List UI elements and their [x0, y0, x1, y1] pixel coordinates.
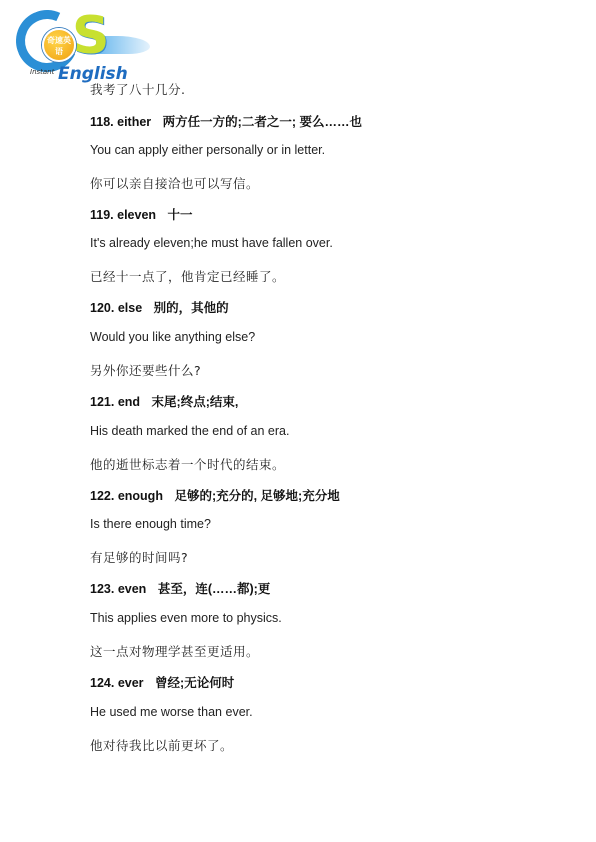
example-chinese: 你可以亲自接洽也可以写信。 [90, 174, 259, 192]
example-chinese: 他的逝世标志着一个时代的结束。 [90, 455, 285, 473]
example-english: You can apply either personally or in le… [90, 143, 325, 157]
logo-badge: 奇速英语 [42, 28, 76, 62]
example-chinese: 他对待我比以前更坏了。 [90, 736, 233, 754]
logo-small-text: Instant [30, 68, 54, 76]
entry-heading: 119. eleven 十一 [90, 205, 193, 223]
entry-word: enough [118, 489, 163, 503]
entry-word: end [118, 395, 140, 409]
entry-meaning: 甚至，连(……都);更 [158, 582, 271, 596]
example-chinese: 另外你还要些什么? [90, 361, 201, 379]
logo-letter: S [72, 10, 109, 62]
entry-meaning: 十一 [168, 208, 193, 222]
example-chinese: 这一点对物理学甚至更适用。 [90, 642, 259, 660]
entry-number: 118. [90, 115, 114, 129]
entry-word: ever [118, 676, 144, 690]
example-english: He used me worse than ever. [90, 705, 253, 719]
entry-heading: 122. enough 足够的;充分的, 足够地;充分地 [90, 486, 340, 504]
entry-word: either [117, 115, 151, 129]
example-english: It's already eleven;he must have fallen … [90, 236, 333, 250]
entry-heading: 124. ever 曾经;无论何时 [90, 673, 234, 691]
entry-meaning: 曾经;无论何时 [155, 676, 234, 690]
entry-meaning: 别的，其他的 [154, 301, 229, 315]
instant-english-logo: S 奇速英语 Instant English [4, 6, 154, 86]
entry-heading: 118. either 两方任一方的;二者之一; 要么……也 [90, 112, 362, 130]
entry-meaning: 两方任一方的;二者之一; 要么……也 [163, 115, 362, 129]
example-english: His death marked the end of an era. [90, 424, 289, 438]
entry-number: 123. [90, 582, 114, 596]
entry-number: 121. [90, 395, 114, 409]
example-english: This applies even more to physics. [90, 611, 282, 625]
entry-meaning: 末尾;终点;结束, [152, 395, 239, 409]
entry-word: else [118, 301, 142, 315]
entry-word: even [118, 582, 147, 596]
entry-number: 119. [90, 208, 114, 222]
entry-heading: 123. even 甚至，连(……都);更 [90, 579, 270, 597]
entry-heading: 121. end 末尾;终点;结束, [90, 392, 238, 410]
example-chinese: 有足够的时间吗? [90, 548, 188, 566]
example-english: Would you like anything else? [90, 330, 255, 344]
entry-meaning: 足够的;充分的, 足够地;充分地 [174, 489, 339, 503]
example-english: Is there enough time? [90, 517, 211, 531]
entry-number: 122. [90, 489, 114, 503]
entry-number: 124. [90, 676, 114, 690]
intro-line: 我考了八十几分. [90, 80, 185, 98]
entry-heading: 120. else 别的，其他的 [90, 298, 229, 316]
entry-number: 120. [90, 301, 114, 315]
entry-word: eleven [117, 208, 156, 222]
example-chinese: 已经十一点了，他肯定已经睡了。 [90, 267, 285, 285]
